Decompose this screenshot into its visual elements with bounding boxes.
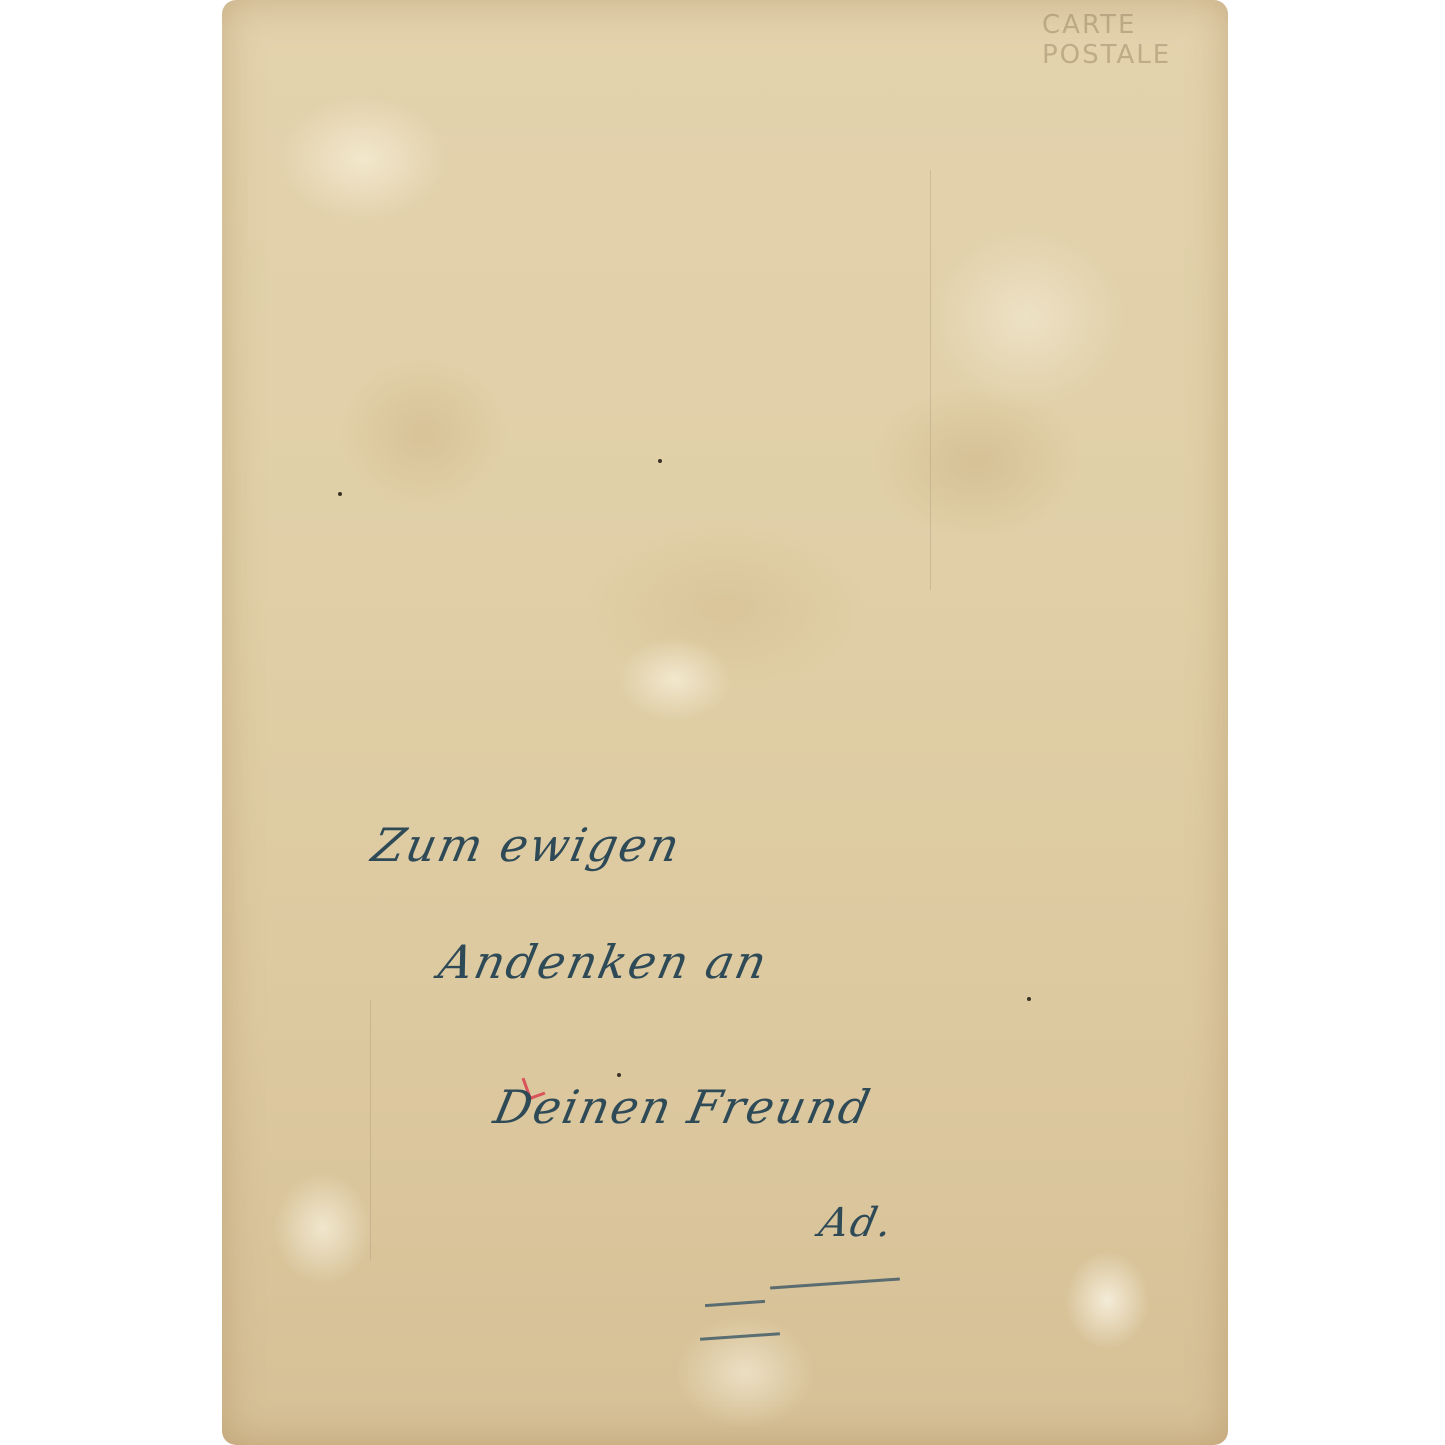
divider-line xyxy=(930,170,931,590)
speck xyxy=(1027,997,1031,1001)
handwritten-line-3: Deinen Freund xyxy=(489,1080,876,1134)
speck xyxy=(617,1073,621,1077)
speck xyxy=(658,459,662,463)
faded-print-header: CARTE POSTALE xyxy=(1042,10,1228,70)
handwritten-line-2: Andenken an xyxy=(434,935,773,989)
divider-line xyxy=(370,1000,371,1260)
speck xyxy=(338,492,342,496)
signature: Ad. xyxy=(815,1200,898,1246)
handwritten-line-1: Zum ewigen xyxy=(367,818,686,872)
postcard-back: CARTE POSTALE xyxy=(222,0,1228,1445)
